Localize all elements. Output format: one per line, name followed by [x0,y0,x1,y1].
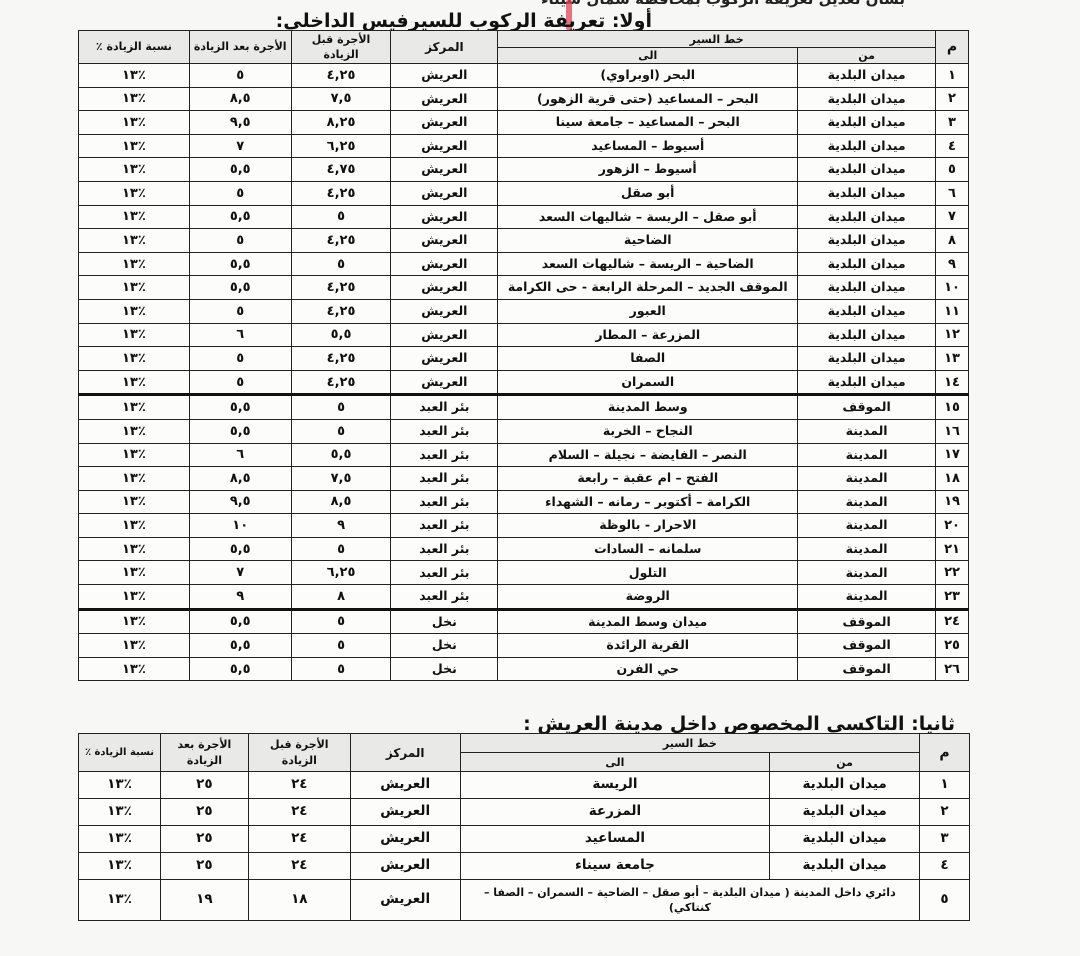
row-number: ١٢ [936,323,969,347]
col-header-route: خط السير [460,734,919,753]
fare-after: ٥ [189,299,291,323]
col-header-center: المركز [391,31,498,64]
route-to: الكرامة – أكتوبر – رمانه – الشهداء [498,490,798,514]
route-to: النصر – الفايضة – نجيلة – السلام [498,443,798,467]
increase-pct: ٪١٣ [79,181,190,205]
route-from: ميدان البلدية [798,111,936,135]
route-to: حي الفرن [498,657,798,681]
table-row: ٩ميدان البلديةالضاحية – الريسة – شاليهات… [79,252,969,276]
row-number: ١٥ [936,395,969,420]
fare-after: ٥,٥ [189,609,291,634]
col-header-increase-pct: نسبة الزيادة ٪ [79,734,161,772]
section2-title: ثانيا: التاكسي المخصوص داخل مدينة العريش… [523,713,955,735]
route-from: ميدان البلدية [798,205,936,229]
row-number: ١ [920,772,970,799]
fare-before: ٥ [291,634,391,658]
table-row: ٥دائري داخل المدينة ( ميدان البلدية – أب… [79,880,970,921]
route-from: ميدان البلدية [798,181,936,205]
center-name: العريش [391,347,498,371]
col-header-route: خط السير [498,31,936,48]
fare-after: ٥,٥ [189,252,291,276]
center-name: بئر العبد [391,443,498,467]
table-row: ٢٥الموقفالقرية الرائدةنخل٥٥,٥٪١٣ [79,634,969,658]
center-name: بئر العبد [391,395,498,420]
route-full: دائري داخل المدينة ( ميدان البلدية – أبو… [460,880,919,921]
route-to: ميدان وسط المدينة [498,609,798,634]
fare-after: ٩,٥ [189,490,291,514]
route-to: أبو صقل – الريسة – شاليهات السعد [498,205,798,229]
fare-after: ٨,٥ [189,467,291,491]
table-row: ١١ميدان البلديةالعبورالعريش٤,٢٥٥٪١٣ [79,299,969,323]
fare-before: ١٨ [248,880,350,921]
center-name: بئر العبد [391,561,498,585]
col-header-fare-after: الأجرة بعد الزيادة [160,734,248,772]
row-number: ١٠ [936,276,969,300]
increase-pct: ٪١٣ [79,880,161,921]
route-to: القرية الرائدة [498,634,798,658]
route-to: الموقف الجديد – المرحلة الرابعة - حى الك… [498,276,798,300]
col-header-to: الى [498,48,798,64]
fare-before: ٢٤ [248,853,350,880]
center-name: بئر العبد [391,537,498,561]
row-number: ٨ [936,229,969,253]
center-name: العريش [350,853,460,880]
col-header-fare-after: الأجرة بعد الزيادة [189,31,291,64]
row-number: ٩ [936,252,969,276]
route-from: ميدان البلدية [798,87,936,111]
fare-after: ٥ [189,181,291,205]
center-name: العريش [391,229,498,253]
increase-pct: ٪١٣ [79,419,190,443]
fare-after: ٥,٥ [189,395,291,420]
route-from: المدينة [798,443,936,467]
taxi-fare-table: م خط السير المركز الأجرة قبل الزيادة الأ… [78,733,970,921]
fare-before: ٧,٥ [291,87,391,111]
increase-pct: ٪١٣ [79,323,190,347]
increase-pct: ٪١٣ [79,87,190,111]
fare-before: ٤,٢٥ [291,181,391,205]
increase-pct: ٪١٣ [79,299,190,323]
fare-before: ٤,٢٥ [291,299,391,323]
route-to: التلول [498,561,798,585]
route-from: المدينة [798,537,936,561]
route-to: الصفا [498,347,798,371]
center-name: العريش [391,181,498,205]
increase-pct: ٪١٣ [79,514,190,538]
row-number: ٢٣ [936,585,969,610]
row-number: ١١ [936,299,969,323]
route-to: النجاح – الخربة [498,419,798,443]
fare-after: ٥ [189,64,291,88]
route-from: ميدان البلدية [798,158,936,182]
route-to: المزرعة – المطار [498,323,798,347]
increase-pct: ٪١٣ [79,634,190,658]
route-from: ميدان البلدية [770,826,920,853]
fare-before: ٤,٢٥ [291,64,391,88]
row-number: ٥ [920,880,970,921]
route-to: أبو صقل [498,181,798,205]
route-from: المدينة [798,585,936,610]
route-from: الموقف [798,634,936,658]
center-name: العريش [350,772,460,799]
fare-after: ٥,٥ [189,158,291,182]
fare-before: ٤,٧٥ [291,158,391,182]
center-name: العريش [391,205,498,229]
route-to: السمران [498,370,798,395]
center-name: بئر العبد [391,490,498,514]
row-number: ٤ [920,853,970,880]
table-row: ١٠ميدان البلديةالموقف الجديد – المرحلة ا… [79,276,969,300]
table-row: ١٧المدينةالنصر – الفايضة – نجيلة – السلا… [79,443,969,467]
fare-after: ٨,٥ [189,87,291,111]
table-row: ٢٢المدينةالتلولبئر العبد٦,٢٥٧٪١٣ [79,561,969,585]
row-number: ٢٠ [936,514,969,538]
center-name: العريش [391,299,498,323]
row-number: ٢ [936,87,969,111]
col-header-fare-before: الأجرة قبل الزيادة [248,734,350,772]
route-from: ميدان البلدية [798,347,936,371]
table-row: ١٤ميدان البلديةالسمرانالعريش٤,٢٥٥٪١٣ [79,370,969,395]
fare-before: ٢٤ [248,772,350,799]
fare-after: ٥,٥ [189,419,291,443]
table-row: ٤ميدان البلديةجامعة سيناءالعريش٢٤٢٥٪١٣ [79,853,970,880]
fare-before: ٨,٢٥ [291,111,391,135]
route-to: المزرعة [460,799,770,826]
table-row: ٤ميدان البلديةأسيوط – المساعيدالعريش٦,٢٥… [79,134,969,158]
increase-pct: ٪١٣ [79,158,190,182]
fare-before: ٤,٢٥ [291,276,391,300]
fare-after: ٢٥ [160,826,248,853]
table-row: ١٩المدينةالكرامة – أكتوبر – رمانه – الشه… [79,490,969,514]
table-row: ٢ميدان البلديةالبحر – المساعيد (حتى قرية… [79,87,969,111]
fare-after: ٧ [189,561,291,585]
fare-after: ٥,٥ [189,537,291,561]
center-name: نخل [391,634,498,658]
table-row: ١٨المدينةالفتح – ام عقبة – رابعةبئر العب… [79,467,969,491]
fare-before: ٥ [291,609,391,634]
fare-before: ٥ [291,252,391,276]
service-fare-table: م خط السير المركز الأجرة قبل الزيادة الأ… [78,30,969,681]
table-row: ٣ميدان البلديةالبحر – المساعيد – جامعة س… [79,111,969,135]
center-name: العريش [350,799,460,826]
route-from: ميدان البلدية [770,772,920,799]
increase-pct: ٪١٣ [79,276,190,300]
center-name: بئر العبد [391,419,498,443]
route-to: الفتح – ام عقبة – رابعة [498,467,798,491]
fare-after: ٥ [189,370,291,395]
section1-title: أولا: تعريفة الركوب للسيرفيس الداخلي: [276,10,652,32]
col-header-from: من [798,48,936,64]
route-to: البحر (اوبراوي) [498,64,798,88]
center-name: بئر العبد [391,585,498,610]
route-to: أسيوط – المساعيد [498,134,798,158]
fare-after: ٥,٥ [189,657,291,681]
table-row: ٢١المدينةسلمانه – الساداتبئر العبد٥٥,٥٪١… [79,537,969,561]
table-row: ٦ميدان البلديةأبو صقلالعريش٤,٢٥٥٪١٣ [79,181,969,205]
fare-after: ٦ [189,323,291,347]
row-number: ١٣ [936,347,969,371]
center-name: بئر العبد [391,514,498,538]
fare-before: ٥,٥ [291,443,391,467]
increase-pct: ٪١٣ [79,347,190,371]
increase-pct: ٪١٣ [79,395,190,420]
route-from: المدينة [798,467,936,491]
row-number: ١٩ [936,490,969,514]
increase-pct: ٪١٣ [79,657,190,681]
route-from: ميدان البلدية [798,229,936,253]
fare-before: ٤,٢٥ [291,229,391,253]
fare-before: ٢٤ [248,799,350,826]
center-name: العريش [391,134,498,158]
route-to: جامعة سيناء [460,853,770,880]
increase-pct: ٪١٣ [79,370,190,395]
increase-pct: ٪١٣ [79,64,190,88]
center-name: العريش [391,252,498,276]
col-header-increase-pct: نسبة الزيادة ٪ [79,31,190,64]
route-to: وسط المدينة [498,395,798,420]
row-number: ٤ [936,134,969,158]
route-from: ميدان البلدية [798,64,936,88]
col-header-m: م [936,31,969,64]
increase-pct: ٪١٣ [79,853,161,880]
increase-pct: ٪١٣ [79,111,190,135]
route-to: المساعيد [460,826,770,853]
row-number: ١٤ [936,370,969,395]
fare-before: ٦,٢٥ [291,561,391,585]
fare-after: ٥ [189,347,291,371]
center-name: العريش [350,826,460,853]
increase-pct: ٪١٣ [79,561,190,585]
row-number: ١ [936,64,969,88]
route-from: المدينة [798,514,936,538]
table-row: ٢٣المدينةالروضةبئر العبد٨٩٪١٣ [79,585,969,610]
table-row: ١ميدان البلديةالبحر (اوبراوي)العريش٤,٢٥٥… [79,64,969,88]
route-from: المدينة [798,561,936,585]
route-to: البحر – المساعيد – جامعة سينا [498,111,798,135]
route-to: البحر – المساعيد (حتى قرية الزهور) [498,87,798,111]
increase-pct: ٪١٣ [79,585,190,610]
fare-before: ٥ [291,657,391,681]
table-row: ١٢ميدان البلديةالمزرعة – المطارالعريش٥,٥… [79,323,969,347]
fare-after: ٥ [189,229,291,253]
row-number: ٣ [936,111,969,135]
col-header-to: الى [460,753,770,772]
table-row: ٢٠المدينةالاحرار - بالوظةبئر العبد٩١٠٪١٣ [79,514,969,538]
row-number: ٦ [936,181,969,205]
route-to: الضاحية – الريسة – شاليهات السعد [498,252,798,276]
fare-before: ٢٤ [248,826,350,853]
fare-after: ٩,٥ [189,111,291,135]
route-to: الروضة [498,585,798,610]
row-number: ٥ [936,158,969,182]
increase-pct: ٪١٣ [79,537,190,561]
increase-pct: ٪١٣ [79,205,190,229]
row-number: ٢٦ [936,657,969,681]
increase-pct: ٪١٣ [79,229,190,253]
center-name: العريش [391,370,498,395]
increase-pct: ٪١٣ [79,799,161,826]
center-name: بئر العبد [391,467,498,491]
increase-pct: ٪١٣ [79,443,190,467]
table-row: ٢ميدان البلديةالمزرعةالعريش٢٤٢٥٪١٣ [79,799,970,826]
increase-pct: ٪١٣ [79,134,190,158]
table-row: ١ميدان البلديةالريسةالعريش٢٤٢٥٪١٣ [79,772,970,799]
increase-pct: ٪١٣ [79,490,190,514]
route-to: الريسة [460,772,770,799]
row-number: ١٨ [936,467,969,491]
col-header-fare-before: الأجرة قبل الزيادة [291,31,391,64]
route-from: ميدان البلدية [770,853,920,880]
fare-before: ٦,٢٥ [291,134,391,158]
table-row: ١٥الموقفوسط المدينةبئر العبد٥٥,٥٪١٣ [79,395,969,420]
fare-before: ٥ [291,537,391,561]
row-number: ٢ [920,799,970,826]
fare-after: ١٩ [160,880,248,921]
fare-before: ٤,٢٥ [291,370,391,395]
row-number: ٣ [920,826,970,853]
table-row: ١٦المدينةالنجاح – الخربةبئر العبد٥٥,٥٪١٣ [79,419,969,443]
fare-after: ٦ [189,443,291,467]
row-number: ٢٥ [936,634,969,658]
fare-after: ٢٥ [160,799,248,826]
center-name: العريش [391,64,498,88]
table-row: ٧ميدان البلديةأبو صقل – الريسة – شاليهات… [79,205,969,229]
table-row: ٨ميدان البلديةالضاحيةالعريش٤,٢٥٥٪١٣ [79,229,969,253]
fare-after: ٢٥ [160,853,248,880]
fare-before: ٥,٥ [291,323,391,347]
center-name: العريش [391,276,498,300]
fare-before: ٥ [291,205,391,229]
fare-before: ٤,٢٥ [291,347,391,371]
route-from: ميدان البلدية [798,299,936,323]
route-to: العبور [498,299,798,323]
increase-pct: ٪١٣ [79,609,190,634]
route-from: الموقف [798,609,936,634]
center-name: نخل [391,609,498,634]
route-from: ميدان البلدية [798,323,936,347]
table-row: ٢٦الموقفحي الفرننخل٥٥,٥٪١٣ [79,657,969,681]
route-from: الموقف [798,657,936,681]
row-number: ٢١ [936,537,969,561]
center-name: العريش [391,323,498,347]
fare-after: ٥,٥ [189,205,291,229]
route-to: سلمانه – السادات [498,537,798,561]
route-from: المدينة [798,490,936,514]
table-row: ٥ميدان البلديةأسيوط – الزهورالعريش٤,٧٥٥,… [79,158,969,182]
row-number: ٢٢ [936,561,969,585]
fare-after: ٢٥ [160,772,248,799]
center-name: العريش [391,111,498,135]
fare-after: ٥,٥ [189,634,291,658]
increase-pct: ٪١٣ [79,826,161,853]
route-to: الضاحية [498,229,798,253]
fare-before: ٥ [291,395,391,420]
route-from: الموقف [798,395,936,420]
fare-before: ٥ [291,419,391,443]
col-header-from: من [770,753,920,772]
fare-after: ٥,٥ [189,276,291,300]
table-row: ٢٤الموقفميدان وسط المدينةنخل٥٥,٥٪١٣ [79,609,969,634]
increase-pct: ٪١٣ [79,252,190,276]
center-name: نخل [391,657,498,681]
row-number: ٢٤ [936,609,969,634]
table-row: ٣ميدان البلديةالمساعيدالعريش٢٤٢٥٪١٣ [79,826,970,853]
fare-after: ١٠ [189,514,291,538]
cut-off-heading-line: بشأن تعديل تعريفة الركوب بمحافظة شمال سي… [365,0,905,8]
fare-before: ٧,٥ [291,467,391,491]
row-number: ١٧ [936,443,969,467]
fare-before: ٩ [291,514,391,538]
fare-before: ٨ [291,585,391,610]
route-from: ميدان البلدية [798,276,936,300]
center-name: العريش [350,880,460,921]
row-number: ٧ [936,205,969,229]
route-to: الاحرار - بالوظة [498,514,798,538]
route-from: ميدان البلدية [798,134,936,158]
route-from: ميدان البلدية [798,370,936,395]
fare-after: ٧ [189,134,291,158]
route-from: ميدان البلدية [798,252,936,276]
col-header-center: المركز [350,734,460,772]
route-to: أسيوط – الزهور [498,158,798,182]
fare-before: ٨,٥ [291,490,391,514]
col-header-m: م [920,734,970,772]
fare-after: ٩ [189,585,291,610]
center-name: العريش [391,87,498,111]
route-from: المدينة [798,419,936,443]
route-from: ميدان البلدية [770,799,920,826]
table-row: ١٣ميدان البلديةالصفاالعريش٤,٢٥٥٪١٣ [79,347,969,371]
center-name: العريش [391,158,498,182]
increase-pct: ٪١٣ [79,467,190,491]
row-number: ١٦ [936,419,969,443]
increase-pct: ٪١٣ [79,772,161,799]
